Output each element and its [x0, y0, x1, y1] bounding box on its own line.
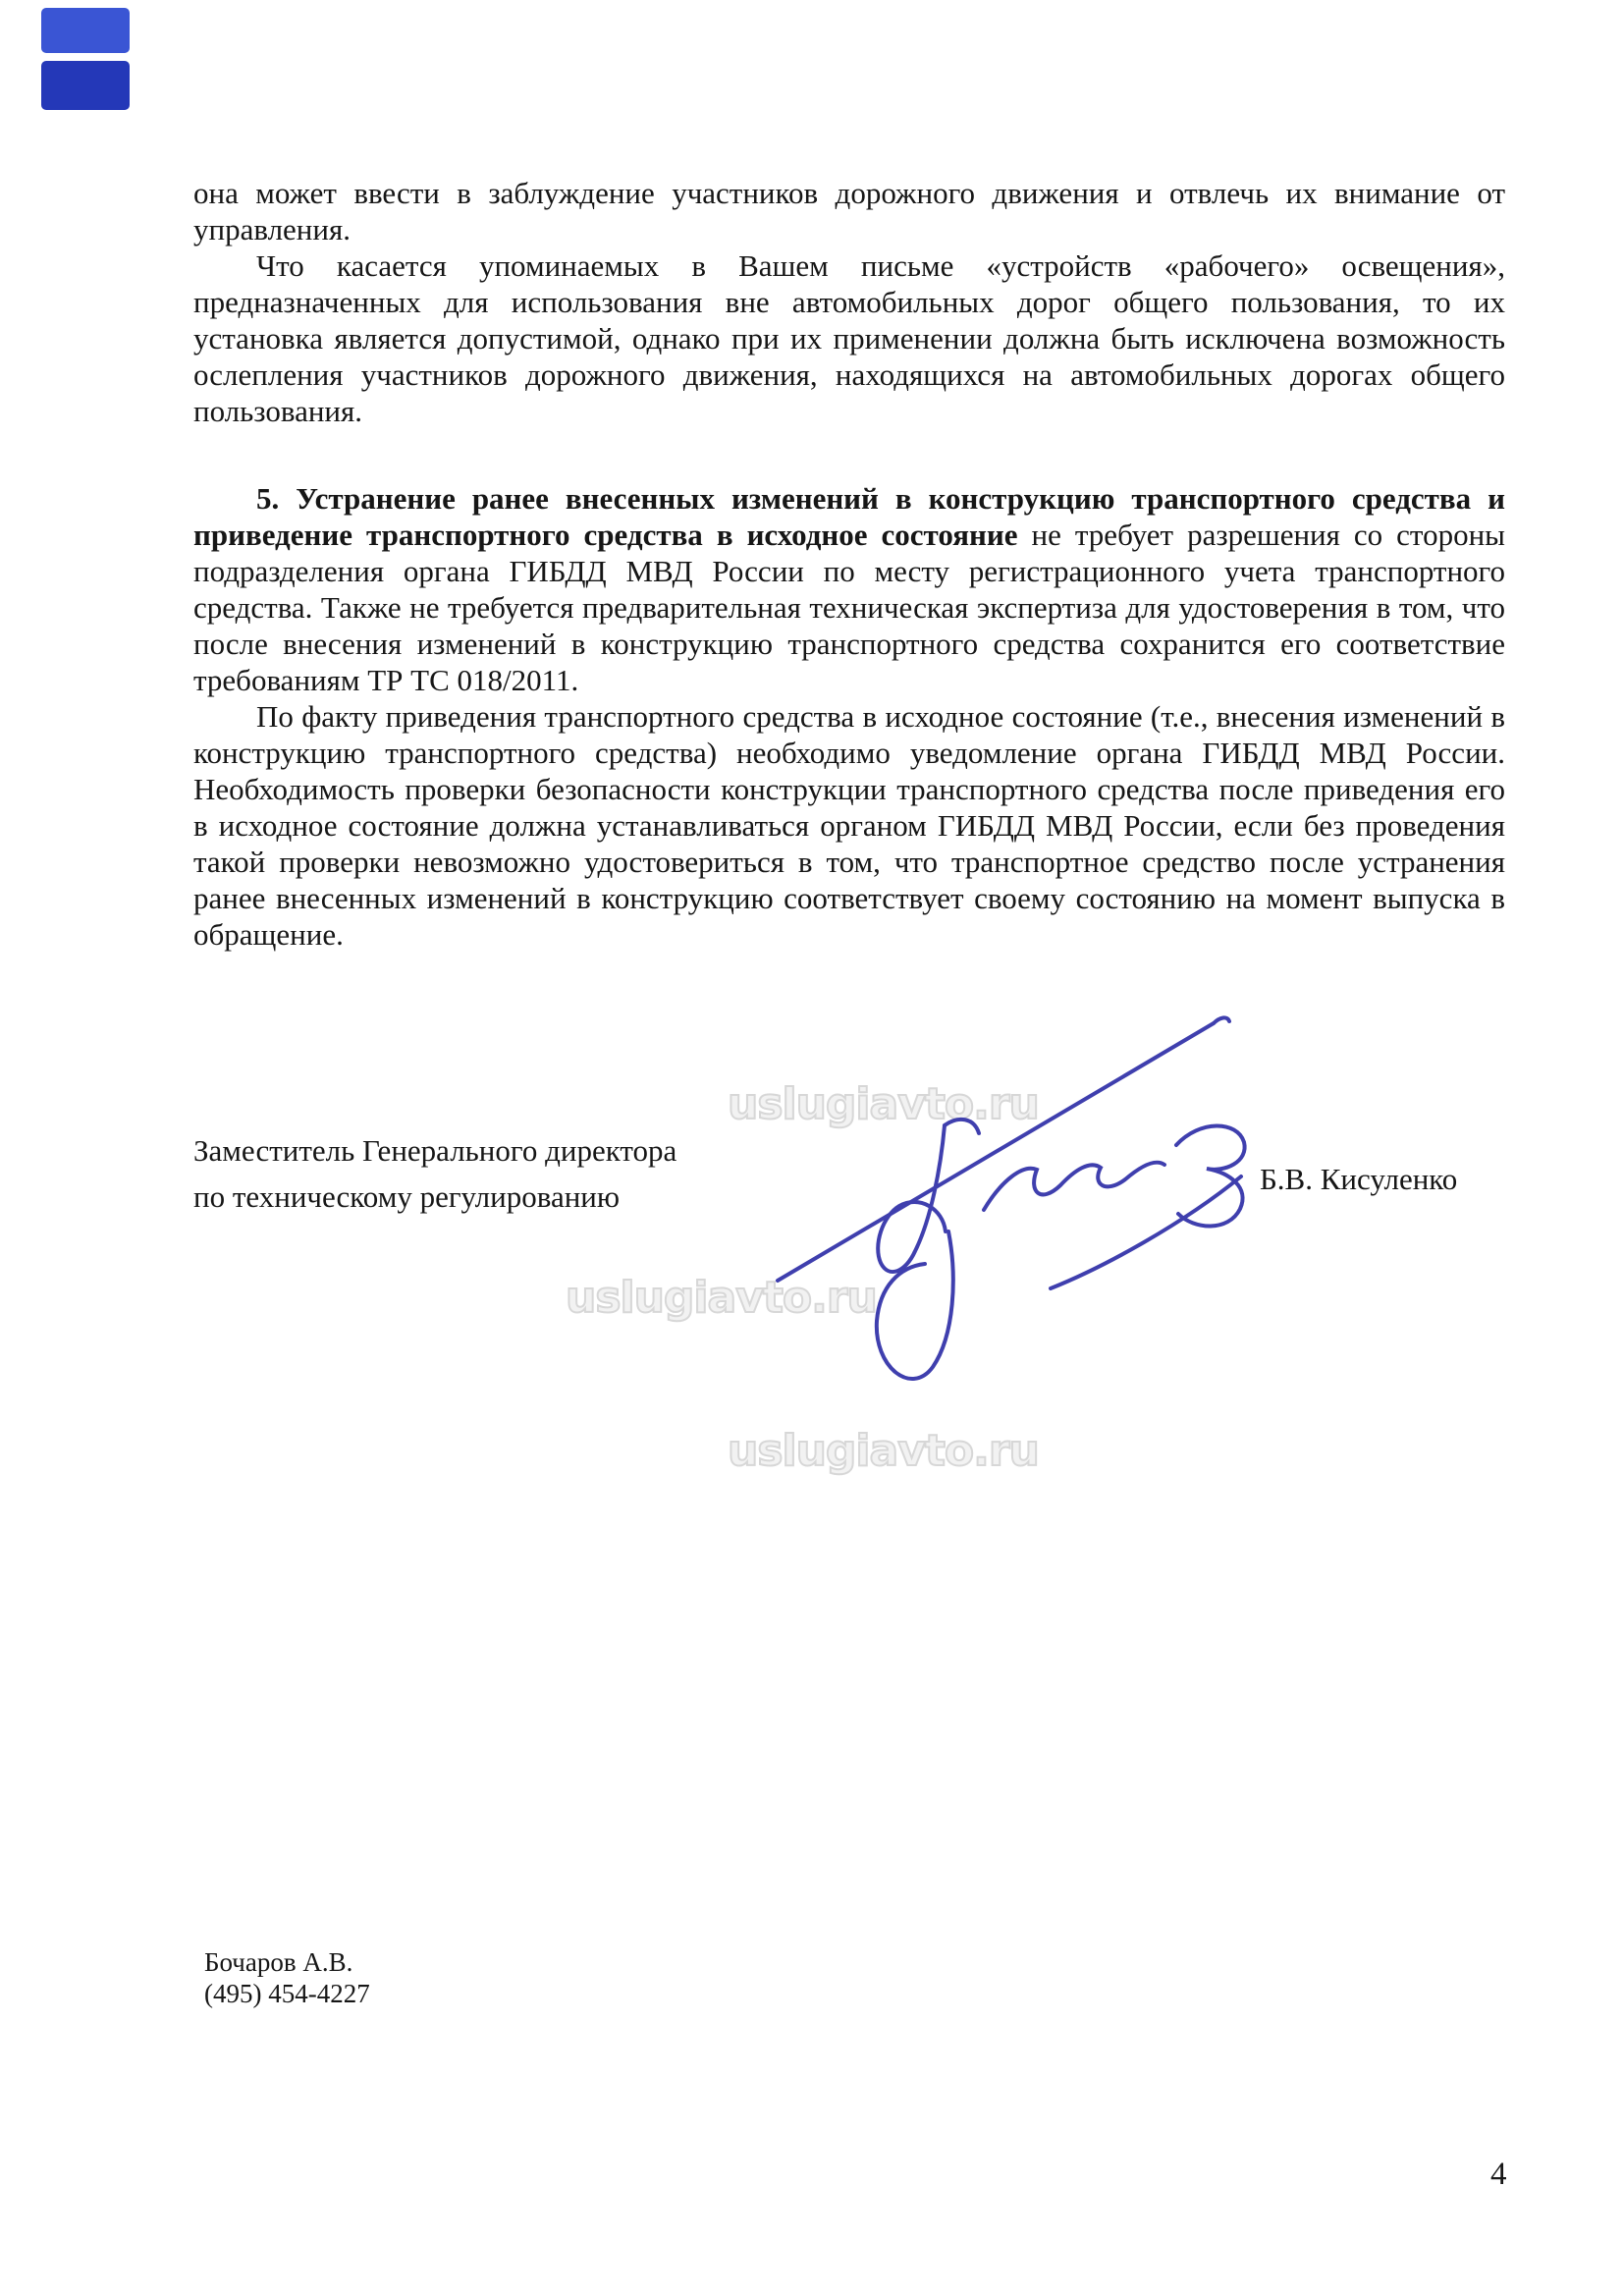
signer-position-line1: Заместитель Генерального директора	[193, 1127, 676, 1174]
signer-name: Б.В. Кисуленко	[1260, 1162, 1457, 1197]
executor-phone: (495) 454-4227	[204, 1978, 370, 2009]
executor-name: Бочаров А.В.	[204, 1946, 370, 1978]
signer-position: Заместитель Генерального директора по те…	[193, 1127, 676, 1220]
paragraph-working-lights: Что касается упоминаемых в Вашем письме …	[193, 247, 1505, 429]
blue-mark-top	[41, 8, 130, 53]
watermark-lower: uslugiavto.ru	[728, 1426, 1039, 1476]
document-page: uslugiavto.ru uslugiavto.ru uslugiavto.r…	[0, 0, 1623, 2296]
executor-contact: Бочаров А.В. (495) 454-4227	[204, 1946, 370, 2009]
handwritten-signature-ink	[756, 1002, 1286, 1414]
watermark-middle: uslugiavto.ru	[566, 1273, 877, 1323]
signer-position-line2: по техническому регулированию	[193, 1174, 676, 1220]
page-number: 4	[1490, 2157, 1507, 2193]
watermark-upper: uslugiavto.ru	[728, 1079, 1039, 1129]
letter-body: она может ввести в заблуждение участнико…	[193, 175, 1505, 953]
paragraph-section-5: 5. Устранение ранее внесенных изменений …	[193, 480, 1505, 698]
paragraph-continuation: она может ввести в заблуждение участнико…	[193, 175, 1505, 247]
paragraph-notification: По факту приведения транспортного средст…	[193, 698, 1505, 953]
blue-mark-bottom	[41, 61, 130, 110]
